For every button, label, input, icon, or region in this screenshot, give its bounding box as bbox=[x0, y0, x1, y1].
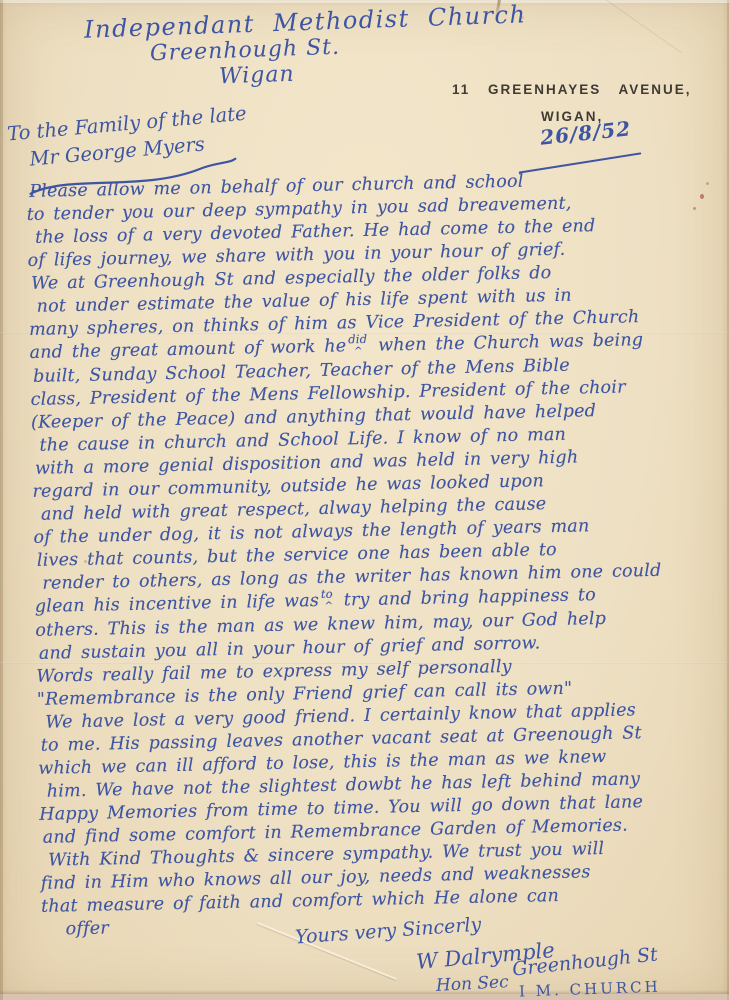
inserted-word: to^ bbox=[321, 583, 333, 606]
signature-role: Hon Sec bbox=[436, 972, 510, 996]
scan-edge-top bbox=[0, 0, 729, 3]
church-town: Wigan bbox=[219, 62, 295, 90]
caret-mark: ^ bbox=[324, 595, 333, 618]
scan-edge-left bbox=[0, 0, 3, 1000]
inserted-word: did^ bbox=[348, 328, 367, 351]
letter-page: Independant Methodist Church Greenhough … bbox=[0, 0, 729, 1000]
caret-mark: ^ bbox=[354, 340, 363, 363]
salutation: To the Family of the late Mr George Myer… bbox=[6, 100, 250, 175]
church-street: Greenhough St. bbox=[150, 35, 341, 67]
fold-crease bbox=[606, 0, 682, 53]
printed-address-line1: 11 GREENHAYES AVENUE, bbox=[452, 82, 692, 97]
letter-body: Please allow me on behalf of our church … bbox=[26, 166, 729, 942]
